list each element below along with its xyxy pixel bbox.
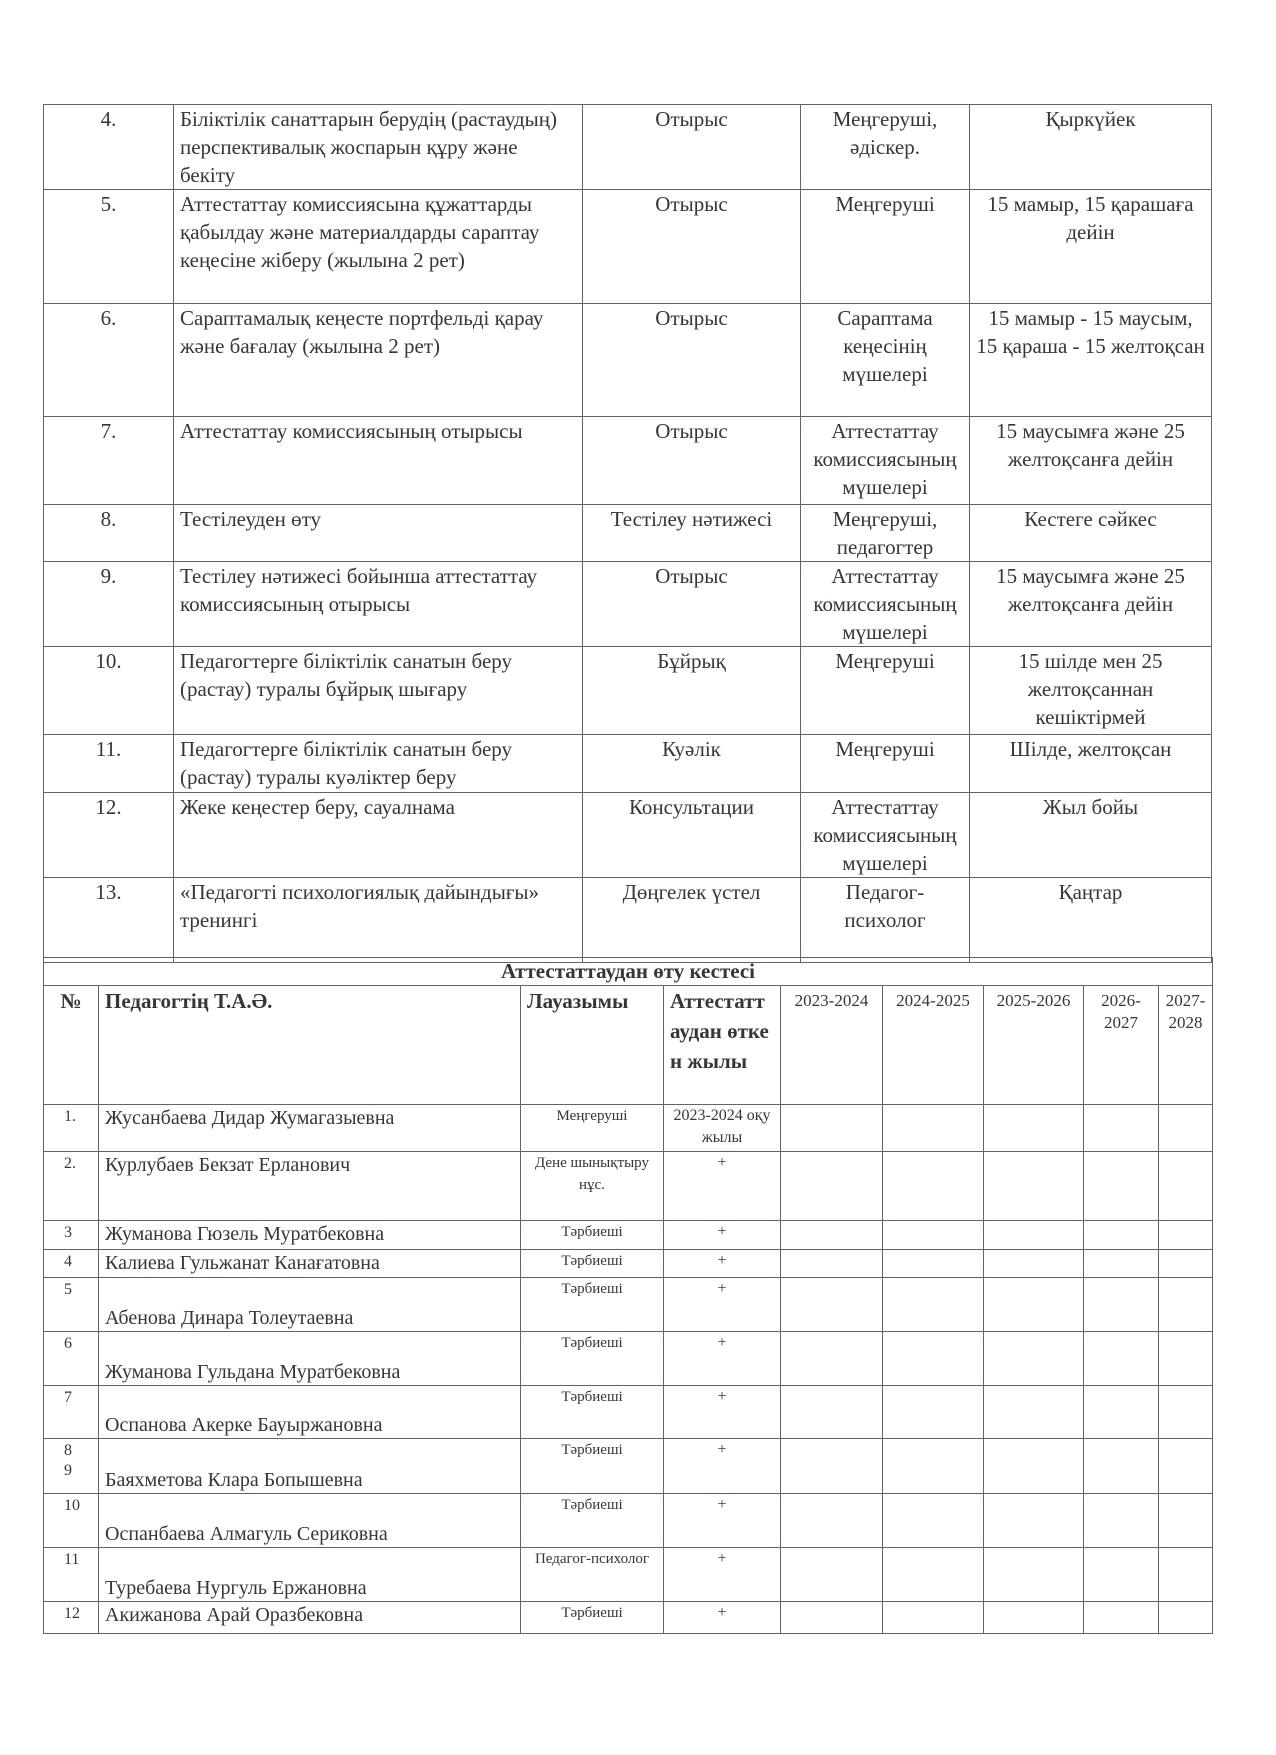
- header-year-3: 2025-2026: [984, 986, 1084, 1105]
- schedule-row-name: Калиева Гульжанат Канағатовна: [99, 1250, 521, 1278]
- plan-row-form: Дөңгелек үстел: [583, 878, 801, 963]
- plan-row-deadline: Қаңтар: [970, 878, 1212, 963]
- schedule-row-year-cell: [1159, 1278, 1213, 1332]
- schedule-row-year-cell: [984, 1548, 1084, 1602]
- schedule-row-position: Тәрбиеші: [521, 1332, 664, 1386]
- plan-row: 13.«Педагогті психологиялық дайындығы» т…: [44, 878, 1212, 963]
- schedule-row-number: 1.: [44, 1105, 99, 1152]
- schedule-row-year-cell: [781, 1332, 883, 1386]
- schedule-row-year-cell: [1159, 1152, 1213, 1221]
- plan-row-number: 10.: [44, 647, 174, 735]
- plan-row-event: Біліктілік санаттарын берудің (растаудың…: [174, 105, 583, 190]
- plan-row-deadline: 15 мамыр, 15 қарашаға дейін: [970, 190, 1212, 304]
- schedule-row-attested: +: [664, 1386, 781, 1439]
- schedule-row-name: Жусанбаева Дидар Жумагазыевна: [99, 1105, 521, 1152]
- schedule-row: 2.Курлубаев Бекзат ЕрлановичДене шынықты…: [44, 1152, 1213, 1221]
- plan-row-event: Педагогтерге біліктілік санатын беру (ра…: [174, 647, 583, 735]
- schedule-row-year-cell: [1159, 1494, 1213, 1548]
- schedule-row-name: Акижанова Арай Оразбековна: [99, 1602, 521, 1634]
- schedule-row-position: Тәрбиеші: [521, 1221, 664, 1250]
- plan-row-deadline: Кестеге сәйкес: [970, 505, 1212, 562]
- plan-row-responsible: Аттестаттау комиссиясының мүшелері: [801, 793, 970, 878]
- plan-row-event: Тестілеу нәтижесі бойынша аттестаттау ко…: [174, 562, 583, 647]
- header-year-2: 2024-2025: [883, 986, 984, 1105]
- schedule-row-position: Тәрбиеші: [521, 1439, 664, 1494]
- schedule-row-year-cell: [781, 1548, 883, 1602]
- schedule-row-position: Меңгеруші: [521, 1105, 664, 1152]
- schedule-row-position: Тәрбиеші: [521, 1602, 664, 1634]
- schedule-row-year-cell: [1084, 1548, 1159, 1602]
- plan-row-number: 7.: [44, 417, 174, 505]
- plan-row-responsible: Аттестаттау комиссиясының мүшелері: [801, 562, 970, 647]
- schedule-row-year-cell: [883, 1439, 984, 1494]
- schedule-row-year-cell: [1159, 1250, 1213, 1278]
- plan-row-deadline: 15 маусымға және 25 желтоқсанға дейін: [970, 417, 1212, 505]
- plan-row-responsible: Меңгеруші, педагогтер: [801, 505, 970, 562]
- schedule-row-year-cell: [781, 1221, 883, 1250]
- schedule-row-attested: +: [664, 1439, 781, 1494]
- schedule-header-row: № Педагогтің Т.А.Ә. Лауазымы Аттестаттау…: [44, 986, 1213, 1105]
- schedule-row-name: Баяхметова Клара Бопышевна: [99, 1439, 521, 1494]
- schedule-row-name: Оспанова Акерке Бауыржановна: [99, 1386, 521, 1439]
- schedule-row: 5Абенова Динара ТолеутаевнаТәрбиеші+: [44, 1278, 1213, 1332]
- plan-row-event: Жеке кеңестер беру, сауалнама: [174, 793, 583, 878]
- schedule-row-attested: +: [664, 1221, 781, 1250]
- schedule-row-position: Дене шынықтыру нұс.: [521, 1152, 664, 1221]
- schedule-row-year-cell: [984, 1278, 1084, 1332]
- plan-row: 12.Жеке кеңестер беру, сауалнамаКонсульт…: [44, 793, 1212, 878]
- schedule-row-name: Туребаева Нургуль Ержановна: [99, 1548, 521, 1602]
- schedule-row-name: Жуманова Гюзель Муратбековна: [99, 1221, 521, 1250]
- schedule-row-year-cell: [883, 1386, 984, 1439]
- header-attested-year: Аттестаттаудан өткен жылы: [664, 986, 781, 1105]
- schedule-row-year-cell: [1084, 1386, 1159, 1439]
- schedule-row-year-cell: [883, 1105, 984, 1152]
- plan-row-responsible: Педагог-психолог: [801, 878, 970, 963]
- schedule-row-year-cell: [1159, 1602, 1213, 1634]
- schedule-row-name: Абенова Динара Толеутаевна: [99, 1278, 521, 1332]
- schedule-row-year-cell: [781, 1278, 883, 1332]
- schedule-row-year-cell: [883, 1494, 984, 1548]
- schedule-row-year-cell: [883, 1332, 984, 1386]
- plan-row: 11.Педагогтерге біліктілік санатын беру …: [44, 735, 1212, 793]
- schedule-row: 6Жуманова Гульдана МуратбековнаТәрбиеші+: [44, 1332, 1213, 1386]
- schedule-row-year-cell: [1084, 1494, 1159, 1548]
- schedule-row-year-cell: [1159, 1105, 1213, 1152]
- plan-row: 8.Тестілеуден өтуТестілеу нәтижесіМеңгер…: [44, 505, 1212, 562]
- schedule-row-year-cell: [781, 1494, 883, 1548]
- plan-row-form: Тестілеу нәтижесі: [583, 505, 801, 562]
- schedule-row-name: Оспанбаева Алмагуль Сериковна: [99, 1494, 521, 1548]
- plan-row: 7.Аттестаттау комиссиясының отырысыОтыры…: [44, 417, 1212, 505]
- schedule-row-number: 4: [44, 1250, 99, 1278]
- plan-row-responsible: Меңгеруші: [801, 735, 970, 793]
- schedule-row-year-cell: [984, 1386, 1084, 1439]
- plan-row: 4.Біліктілік санаттарын берудің (растауд…: [44, 105, 1212, 190]
- schedule-title: Аттестаттаудан өту кестесі: [44, 958, 1213, 986]
- plan-row-form: Отырыс: [583, 105, 801, 190]
- plan-row-form: Куәлік: [583, 735, 801, 793]
- plan-row-number: 8.: [44, 505, 174, 562]
- plan-row: 6.Сараптамалық кеңесте портфельді қарау …: [44, 304, 1212, 417]
- plan-row-form: Отырыс: [583, 417, 801, 505]
- schedule-row-year-cell: [781, 1105, 883, 1152]
- schedule-row-year-cell: [984, 1439, 1084, 1494]
- plan-row-responsible: Меңгеруші, әдіскер.: [801, 105, 970, 190]
- schedule-row-number: 7: [44, 1386, 99, 1439]
- schedule-row-attested: +: [664, 1250, 781, 1278]
- plan-row-deadline: 15 шілде мен 25 желтоқсаннан кешіктірмей: [970, 647, 1212, 735]
- header-year-5: 2027-2028: [1159, 986, 1213, 1105]
- plan-row-deadline: 15 мамыр - 15 маусым, 15 қараша - 15 жел…: [970, 304, 1212, 417]
- schedule-row-year-cell: [781, 1439, 883, 1494]
- schedule-row-year-cell: [883, 1250, 984, 1278]
- plan-row: 5.Аттестаттау комиссиясына құжаттарды қа…: [44, 190, 1212, 304]
- schedule-row-number: 8 9: [44, 1439, 99, 1494]
- schedule-row-attested: +: [664, 1602, 781, 1634]
- schedule-row-year-cell: [1084, 1439, 1159, 1494]
- plan-row-form: Бұйрық: [583, 647, 801, 735]
- attestation-schedule-table: Аттестаттаудан өту кестесі № Педагогтің …: [43, 957, 1213, 1634]
- schedule-row: 1.Жусанбаева Дидар ЖумагазыевнаМеңгеруші…: [44, 1105, 1213, 1152]
- schedule-row-attested: +: [664, 1494, 781, 1548]
- schedule-row-year-cell: [1159, 1221, 1213, 1250]
- schedule-row-year-cell: [984, 1494, 1084, 1548]
- plan-row-event: Сараптамалық кеңесте портфельді қарау жә…: [174, 304, 583, 417]
- schedule-row-year-cell: [781, 1152, 883, 1221]
- plan-row-deadline: 15 маусымға және 25 желтоқсанға дейін: [970, 562, 1212, 647]
- schedule-row-year-cell: [1159, 1439, 1213, 1494]
- plan-row-deadline: Қыркүйек: [970, 105, 1212, 190]
- schedule-row-year-cell: [781, 1386, 883, 1439]
- plan-row-number: 4.: [44, 105, 174, 190]
- schedule-row-year-cell: [883, 1152, 984, 1221]
- schedule-row: 12Акижанова Арай ОразбековнаТәрбиеші+: [44, 1602, 1213, 1634]
- plan-row-deadline: Шілде, желтоқсан: [970, 735, 1212, 793]
- schedule-row: 4Калиева Гульжанат КанағатовнаТәрбиеші+: [44, 1250, 1213, 1278]
- header-name: Педагогтің Т.А.Ә.: [99, 986, 521, 1105]
- plan-row-number: 6.: [44, 304, 174, 417]
- schedule-row-year-cell: [984, 1152, 1084, 1221]
- plan-row-deadline: Жыл бойы: [970, 793, 1212, 878]
- schedule-row-number: 10: [44, 1494, 99, 1548]
- header-position: Лауазымы: [521, 986, 664, 1105]
- schedule-row-attested: 2023-2024 оқу жылы: [664, 1105, 781, 1152]
- plan-row-responsible: Аттестаттау комиссиясының мүшелері: [801, 417, 970, 505]
- plan-row-number: 11.: [44, 735, 174, 793]
- plan-row-responsible: Меңгеруші: [801, 647, 970, 735]
- schedule-row-year-cell: [1084, 1278, 1159, 1332]
- schedule-row-number: 5: [44, 1278, 99, 1332]
- schedule-row-number: 11: [44, 1548, 99, 1602]
- schedule-row-year-cell: [1159, 1332, 1213, 1386]
- schedule-row-position: Педагог-психолог: [521, 1548, 664, 1602]
- plan-row-responsible: Сараптама кеңесінің мүшелері: [801, 304, 970, 417]
- schedule-row-year-cell: [883, 1221, 984, 1250]
- schedule-row-year-cell: [1084, 1250, 1159, 1278]
- plan-row-number: 9.: [44, 562, 174, 647]
- plan-row-event: Аттестаттау комиссиясының отырысы: [174, 417, 583, 505]
- schedule-row-number: 3: [44, 1221, 99, 1250]
- attestation-plan-table: 4.Біліктілік санаттарын берудің (растауд…: [43, 104, 1212, 963]
- plan-row-event: Тестілеуден өту: [174, 505, 583, 562]
- schedule-row-name: Жуманова Гульдана Муратбековна: [99, 1332, 521, 1386]
- plan-row-form: Отырыс: [583, 190, 801, 304]
- schedule-row-year-cell: [1084, 1602, 1159, 1634]
- schedule-row-year-cell: [781, 1602, 883, 1634]
- plan-row-event: Педагогтерге біліктілік санатын беру (ра…: [174, 735, 583, 793]
- plan-row-form: Консультации: [583, 793, 801, 878]
- schedule-row-number: 6: [44, 1332, 99, 1386]
- plan-row-number: 5.: [44, 190, 174, 304]
- plan-row: 10.Педагогтерге біліктілік санатын беру …: [44, 647, 1212, 735]
- schedule-row: 11Туребаева Нургуль ЕржановнаПедагог-пси…: [44, 1548, 1213, 1602]
- schedule-row-year-cell: [1084, 1105, 1159, 1152]
- schedule-row-year-cell: [984, 1221, 1084, 1250]
- plan-row-event: Аттестаттау комиссиясына құжаттарды қабы…: [174, 190, 583, 304]
- schedule-row-year-cell: [984, 1250, 1084, 1278]
- plan-row-event: «Педагогті психологиялық дайындығы» трен…: [174, 878, 583, 963]
- schedule-row-number: 2.: [44, 1152, 99, 1221]
- plan-row: 9.Тестілеу нәтижесі бойынша аттестаттау …: [44, 562, 1212, 647]
- header-num: №: [44, 986, 99, 1105]
- schedule-row-attested: +: [664, 1548, 781, 1602]
- plan-row-responsible: Меңгеруші: [801, 190, 970, 304]
- schedule-row-year-cell: [781, 1250, 883, 1278]
- schedule-row-year-cell: [883, 1278, 984, 1332]
- schedule-row-year-cell: [984, 1602, 1084, 1634]
- schedule-row-position: Тәрбиеші: [521, 1386, 664, 1439]
- header-year-1: 2023-2024: [781, 986, 883, 1105]
- schedule-row-year-cell: [1084, 1332, 1159, 1386]
- header-year-4: 2026-2027: [1084, 986, 1159, 1105]
- schedule-row-year-cell: [984, 1105, 1084, 1152]
- schedule-row: 7Оспанова Акерке БауыржановнаТәрбиеші+: [44, 1386, 1213, 1439]
- schedule-row-number: 12: [44, 1602, 99, 1634]
- schedule-row: 3Жуманова Гюзель МуратбековнаТәрбиеші+: [44, 1221, 1213, 1250]
- schedule-row-year-cell: [883, 1602, 984, 1634]
- schedule-row-year-cell: [984, 1332, 1084, 1386]
- schedule-row-name: Курлубаев Бекзат Ерланович: [99, 1152, 521, 1221]
- schedule-row-attested: +: [664, 1278, 781, 1332]
- schedule-row-position: Тәрбиеші: [521, 1278, 664, 1332]
- schedule-row-attested: +: [664, 1332, 781, 1386]
- schedule-row-attested: +: [664, 1152, 781, 1221]
- schedule-row-position: Тәрбиеші: [521, 1494, 664, 1548]
- schedule-row-position: Тәрбиеші: [521, 1250, 664, 1278]
- plan-row-form: Отырыс: [583, 562, 801, 647]
- schedule-row-year-cell: [1159, 1548, 1213, 1602]
- plan-row-form: Отырыс: [583, 304, 801, 417]
- plan-row-number: 12.: [44, 793, 174, 878]
- schedule-row-year-cell: [1084, 1221, 1159, 1250]
- plan-row-number: 13.: [44, 878, 174, 963]
- schedule-row-year-cell: [883, 1548, 984, 1602]
- schedule-row-year-cell: [1159, 1386, 1213, 1439]
- schedule-row-year-cell: [1084, 1152, 1159, 1221]
- schedule-row: 10Оспанбаева Алмагуль СериковнаТәрбиеші+: [44, 1494, 1213, 1548]
- schedule-row: 8 9Баяхметова Клара БопышевнаТәрбиеші+: [44, 1439, 1213, 1494]
